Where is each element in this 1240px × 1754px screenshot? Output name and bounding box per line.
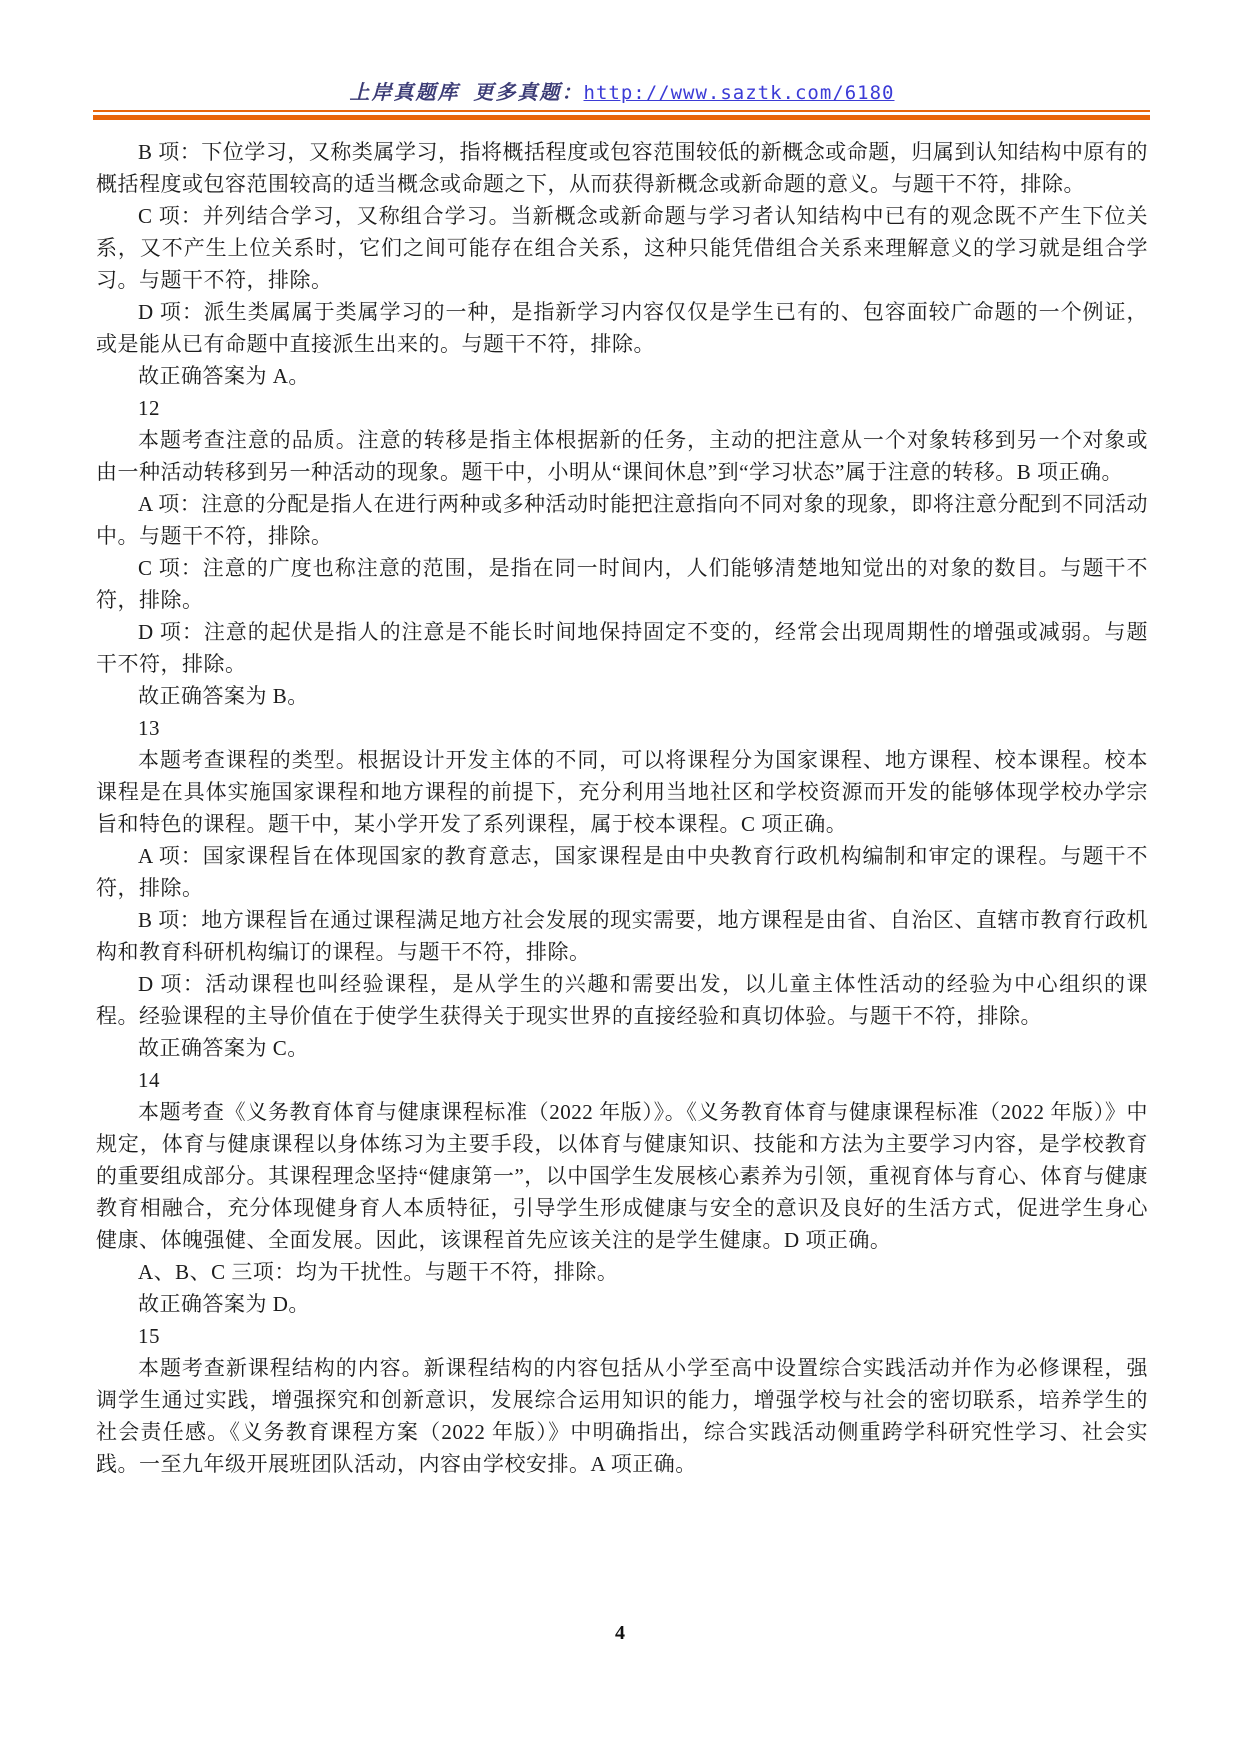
- document-page: 上岸真题库更多真题：http://www.saztk.com/6180 B 项：…: [0, 0, 1240, 1754]
- paragraph-body: D 项：注意的起伏是指人的注意是不能长时间地保持固定不变的，经常会出现周期性的增…: [96, 616, 1148, 680]
- page-footer: 4: [0, 1622, 1240, 1645]
- header-rule-thick: [93, 115, 1150, 120]
- paragraph-answer: 故正确答案为 D。: [96, 1288, 1148, 1320]
- paragraph-qnum: 13: [96, 712, 1148, 744]
- paragraph-body: 本题考查课程的类型。根据设计开发主体的不同，可以将课程分为国家课程、地方课程、校…: [96, 744, 1148, 840]
- paragraph-body: C 项：并列结合学习，又称组合学习。当新概念或新命题与学习者认知结构中已有的观念…: [96, 200, 1148, 296]
- paragraph-body: D 项：活动课程也叫经验课程，是从学生的兴趣和需要出发，以儿童主体性活动的经验为…: [96, 968, 1148, 1032]
- header-url-link[interactable]: http://www.saztk.com/6180: [584, 82, 895, 104]
- page-number: 4: [615, 1622, 625, 1644]
- paragraph-body: C 项：注意的广度也称注意的范围，是指在同一时间内，人们能够清楚地知觉出的对象的…: [96, 552, 1148, 616]
- header-more-label: 更多真题：: [474, 82, 584, 104]
- paragraph-body: D 项：派生类属属于类属学习的一种，是指新学习内容仅仅是学生已有的、包容面较广命…: [96, 296, 1148, 360]
- paragraph-body: A、B、C 三项：均为干扰性。与题干不符，排除。: [96, 1256, 1148, 1288]
- paragraph-body: B 项：地方课程旨在通过课程满足地方社会发展的现实需要，地方课程是由省、自治区、…: [96, 904, 1148, 968]
- paragraph-answer: 故正确答案为 C。: [96, 1032, 1148, 1064]
- paragraph-body: 本题考查《义务教育体育与健康课程标准（2022 年版）》。《义务教育体育与健康课…: [96, 1096, 1148, 1256]
- paragraph-body: 本题考查注意的品质。注意的转移是指主体根据新的任务，主动的把注意从一个对象转移到…: [96, 424, 1148, 488]
- paragraph-qnum: 14: [96, 1064, 1148, 1096]
- paragraph-body: A 项：国家课程旨在体现国家的教育意志，国家课程是由中央教育行政机构编制和审定的…: [96, 840, 1148, 904]
- paragraph-answer: 故正确答案为 B。: [96, 680, 1148, 712]
- paragraph-body: B 项：下位学习，又称类属学习，指将概括程度或包容范围较低的新概念或命题，归属到…: [96, 136, 1148, 200]
- paragraph-answer: 故正确答案为 A。: [96, 360, 1148, 392]
- document-body: B 项：下位学习，又称类属学习，指将概括程度或包容范围较低的新概念或命题，归属到…: [96, 136, 1148, 1480]
- paragraph-body: 本题考查新课程结构的内容。新课程结构的内容包括从小学至高中设置综合实践活动并作为…: [96, 1352, 1148, 1480]
- header-double-rule: [93, 110, 1150, 120]
- paragraph-body: A 项：注意的分配是指人在进行两种或多种活动时能把注意指向不同对象的现象，即将注…: [96, 488, 1148, 552]
- header-site-label: 上岸真题库: [350, 82, 460, 104]
- paragraph-qnum: 15: [96, 1320, 1148, 1352]
- paragraph-qnum: 12: [96, 392, 1148, 424]
- page-header: 上岸真题库更多真题：http://www.saztk.com/6180: [96, 76, 1148, 105]
